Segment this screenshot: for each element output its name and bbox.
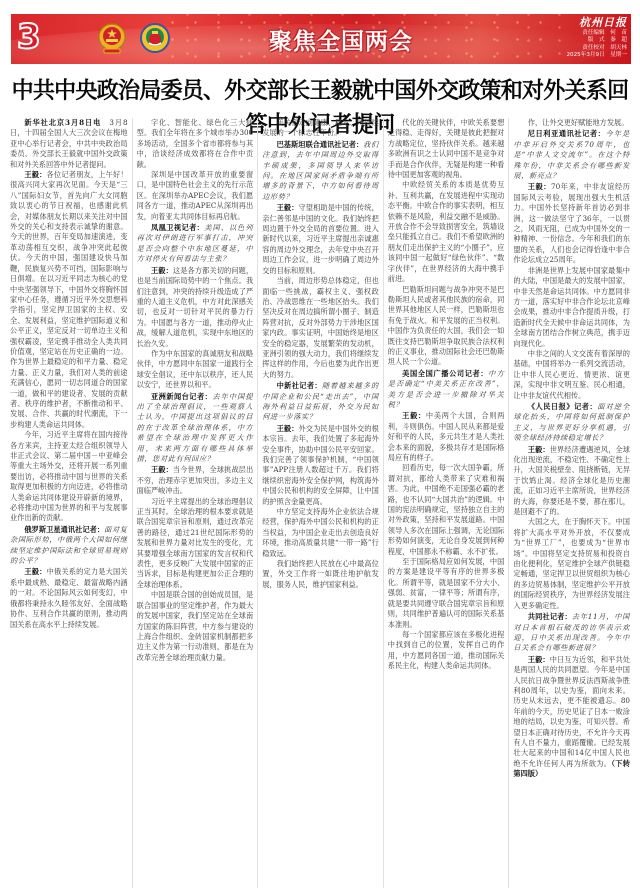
paragraph: 至于国际格局应如何发展，中国的方案是建设平等有序的世界多极化。所谓平等，就是国家… — [388, 557, 505, 630]
paragraph-text: 代化的关键伙伴，中欧关系要想走得稳、走得好，关键是彼此把握对方战略定位，坚持伙伴… — [388, 118, 505, 179]
reporter-question: 《人民日报》记者：面对逆全球化抬头，中国将如何抵制保护主义，与世界更好分享机遇，… — [513, 402, 630, 444]
paragraph: 王毅：外交为民是中国外交的根本宗旨。去年，我们处置了多起海外安全事件，协助中国公… — [262, 424, 379, 507]
issue-date: 2025年3月9日 星期一 — [549, 52, 627, 59]
paragraph-text: 回看历史，每一次大国争霸，所谓对抗，都给人类带来了灾难和祸害。为此，中国绝不走国… — [388, 463, 505, 555]
paragraph: 深圳是中国改革开放的重要窗口，是中国特色社会主义的先行示范区。在深圳举办APEC… — [137, 170, 254, 222]
paragraph-text: 美关系走向健康、稳定、可持续发展的一个标志性年份。 — [262, 118, 379, 137]
speaker-label: 王毅： — [277, 203, 299, 212]
section-title: 聚焦全国两会 — [269, 23, 413, 56]
speaker-label: 王毅： — [528, 445, 550, 454]
text-column: 字化、智能化、绿色化三大转型。我们全年将在多个城市举办300多场活动，全国多个省… — [132, 118, 258, 888]
paragraph: 中欧经贸关系的本质是优势互补、互利共赢，在发展进程中实现动态平衡。中欧合作的事实… — [388, 180, 505, 284]
paragraph-text: 守望相助是中国的传统，亲仁善邻是中国的文化。我们始终把周边置于外交全局的首要位置… — [262, 203, 379, 274]
paragraph: 作，让外交更好赋能地方发展。 — [513, 118, 630, 128]
reporter-name: 亚洲新闻台记者： — [151, 392, 212, 401]
paragraph-text: 中日互为近邻，和平共处是两国人民的共同愿望。今年是中国人民抗日战争暨世界反法西斯… — [513, 655, 630, 768]
reporter-name: 《人民日报》记者： — [528, 402, 597, 411]
speaker-label: 王毅： — [277, 424, 299, 433]
paragraph: 非洲是世界上发展中国家最集中的大陆，中国是最大的发展中国家，中非天然是命运共同体… — [513, 266, 630, 349]
speaker-label: 王毅： — [151, 266, 173, 275]
speaker-label: 王毅： — [528, 655, 550, 664]
text-column: 美关系走向健康、稳定、可持续发展的一个标志性年份。巴基斯坦联合通讯社记者：我们注… — [257, 118, 383, 888]
paragraph: 我们始终把人民放在心中最高位置，外交工作将一如既往地护航发展，服务人民，维护国家… — [262, 559, 379, 590]
reporter-question: 凤凰卫视记者：美国、以色列再次对伊朗进行军事打击，冲突是否会向整个中东地区蔓延，… — [137, 223, 254, 265]
paragraph: 习近平主席提出的全球治理倡议正当其时。全球治理的根本要求就是联合国宪章宗旨和原则… — [137, 497, 254, 591]
reporter-question: 巴基斯坦联合通讯社记者：我们注意到，去年中国周边外交取得丰硕成果，多国领导人来华… — [262, 140, 379, 202]
paragraph-text: 非洲是世界上发展中国家最集中的大陆，中国是最大的发展中国家，中非天然是命运共同体… — [513, 266, 630, 348]
text-column: 作，让外交更好赋能地方发展。尼日利亚通讯社记者：今年是中非开启外交关系70周年，… — [508, 118, 634, 888]
paragraph-text: 当前，周边形势总体稳定，但也面临一些挑战，霸权主义、强权政治、冷战思维在一些地区… — [262, 276, 379, 379]
paragraph-text: 巴勒斯坦问题与战争冲突不是巴勒斯坦人民或者其他民族的宿命，同世界其他地区人民一样… — [388, 285, 505, 367]
paragraph-text: 每一个国家都应该在多极化进程中找到自己的位置，发挥自己的作用，中方愿同各国一道，… — [388, 630, 505, 670]
dateline: 新华社北京3月8日电 — [24, 118, 101, 127]
reporter-question: 美国全国广播公司记者：中方是否确定“中美关系正在改善”，美方是否会进一步撤除对华… — [388, 369, 505, 411]
paragraph: 王毅：世界经济遭遇逆风，全球化出现逆流，不稳定性、不确定性上升，大国关税壁垒、阻… — [513, 445, 630, 518]
newspaper-logo: 杭州日报 — [549, 16, 627, 30]
reporter-question: 中新社记者：随着越来越多的中国企业和公民“走出去”，中国海外利益日益拓展，外交为… — [262, 381, 379, 423]
paragraph: 王毅：70年来，中非友谊经历国际风云考验，展现出强大生机活力。中国外长坚持新年首… — [513, 182, 630, 265]
paragraph: 每一个国家都应该在多极化进程中找到自己的位置，发挥自己的作用，中方愿同各国一道，… — [388, 630, 505, 672]
paragraph-text: 外交为民是中国外交的根本宗旨。去年，我们处置了多起海外安全事件，协助中国公民平安… — [262, 424, 379, 506]
reporter-name: 尼日利亚通讯社记者： — [528, 129, 606, 138]
reporter-name: 中新社记者： — [277, 381, 322, 390]
paragraph: 美关系走向健康、稳定、可持续发展的一个标志性年份。 — [262, 118, 379, 139]
paragraph: 中方坚定支持海外企业依法合规经营，保护海外中国公民和机构的正当权益，为中国企业走… — [262, 507, 379, 559]
reporter-question: 尼日利亚通讯社记者：今年是中非开启外交关系70周年，也是“中非人文交流年”。在这… — [513, 129, 630, 181]
paragraph-text: 中欧经贸关系的本质是优势互补、互利共赢，在发展进程中实现动态平衡。中欧合作的事实… — [388, 180, 505, 283]
paragraph-text: 大国之大，在于胸怀天下。中国将扩大高水平对外开放，不仅要成为“世界工厂”，也要成… — [513, 517, 630, 609]
national-emblem-icon — [96, 21, 128, 57]
paragraph-text: 作，让外交更好赋能地方发展。 — [528, 118, 629, 127]
layout-line: 版 式 秦 超 — [549, 37, 627, 44]
paragraph-text: 习近平主席提出的全球治理倡议正当其时。全球治理的根本要求就是联合国宪章宗旨和原则… — [137, 497, 254, 589]
paragraph: 新华社北京3月8日电 3月8日，十四届全国人大三次会议在梅地亚中心举行记者会，中… — [10, 118, 128, 170]
paragraph: 王毅：这是各方都关切的问题，也是当前国际局势中的一个焦点。我们注意到，冲突的持续… — [137, 266, 254, 349]
paragraph-text: 中国是联合国的创始成员国，是联合国事业的坚定维护者，作为最大的发展中国家，我们坚… — [137, 590, 254, 661]
paragraph-text: 至于国际格局应如何发展，中国的方案是建设平等有序的世界多极化。所谓平等，就是国家… — [388, 557, 505, 628]
paragraph: 王毅：中日互为近邻，和平共处是两国人民的共同愿望。今年是中国人民抗日战争暨世界反… — [513, 655, 630, 780]
reporter-question: 俄罗斯卫星通讯社记者：面对复杂国际形势，中俄两个大国如何继续坚定维护国际法和全球… — [10, 525, 128, 567]
section-banner: 3 聚焦全国两会 杭州日报 责任编辑 何 苗 版 式 秦 超 责任校对 胡天林 … — [11, 14, 631, 64]
speaker-label: 王毅： — [24, 170, 46, 179]
page-number: 3 — [17, 17, 41, 57]
paragraph-text: 中俄关系的定力是大国关系中最成熟、最稳定、最富战略内涵的一对。不论国际风云如何变… — [10, 567, 128, 628]
reporter-name: 凤凰卫视记者： — [151, 223, 204, 232]
reporter-name: 巴基斯坦联合通讯社记者： — [277, 140, 364, 149]
paragraph: 巴勒斯坦问题与战争冲突不是巴勒斯坦人民或者其他民族的宿命，同世界其他地区人民一样… — [388, 285, 505, 368]
masthead: 杭州日报 责任编辑 何 苗 版 式 秦 超 责任校对 胡天林 2025年3月9日… — [549, 16, 627, 60]
speaker-label: 王毅： — [402, 411, 426, 420]
reporter-question: 亚洲新闻台记者：去年中国提出了全球治理倡议，一些观察人士认为，中国提出这项倡议的… — [137, 392, 254, 465]
paragraph: 大国之大，在于胸怀天下。中国将扩大高水平对外开放，不仅要成为“世界工厂”，也要成… — [513, 517, 630, 611]
reporter-name: 共同社记者： — [528, 612, 572, 621]
speaker-label: 王毅： — [151, 465, 173, 474]
paragraph: 王毅：中俄关系的定力是大国关系中最成熟、最稳定、最富战略内涵的一对。不论国际风云… — [10, 567, 128, 629]
paragraph-text: 今年，习近平主席将在国内接待各方来宾，主持亚太经合组织领导人非正式会议、第二届中… — [10, 430, 128, 522]
paragraph-text: 世界经济遭遇逆风，全球化出现逆流，不稳定性、不确定性上升，大国关税壁垒、阻挠断链… — [513, 445, 630, 516]
paragraph-text: 我们始终把人民放在心中最高位置，外交工作将一如既往地护航发展，服务人民，维护国家… — [262, 559, 379, 589]
paragraph: 王毅：中美两个大国，合则两利，斗则俱伤。中国人民从来都是爱好和平的人民，多元共生… — [388, 411, 505, 463]
paragraph: 王毅：各位记者朋友，上午好！很高兴同大家再次见面。今天是“三八”国际妇女节，首先… — [10, 170, 128, 430]
paragraph: 作为中东国家的真诚朋友和战略伙伴，中方愿同中东国家一道践行全球安全倡议，还中东以… — [137, 349, 254, 391]
newspaper-page: 3 聚焦全国两会 杭州日报 责任编辑 何 苗 版 式 秦 超 责任校对 胡天林 … — [0, 0, 640, 896]
paragraph: 回看历史，每一次大国争霸，所谓对抗，都给人类带来了灾难和祸害。为此，中国绝不走国… — [388, 463, 505, 557]
article-body: 新华社北京3月8日电 3月8日，十四届全国人大三次会议在梅地亚中心举行记者会，中… — [6, 118, 634, 888]
paragraph-text: 深圳是中国改革开放的重要窗口，是中国特色社会主义的先行示范区。在深圳举办APEC… — [137, 170, 254, 221]
paragraph-text: 中方坚定支持海外企业依法合规经营，保护海外中国公民和机构的正当权益，为中国企业走… — [262, 507, 379, 558]
paragraph: 字化、智能化、绿色化三大转型。我们全年将在多个城市举办300多场活动，全国多个省… — [137, 118, 254, 170]
reporter-name: 美国全国广播公司记者： — [402, 369, 488, 378]
text-column: 代化的关键伙伴，中欧关系要想走得稳、走得好，关键是彼此把握对方战略定位，坚持伙伴… — [383, 118, 509, 888]
paragraph-text: 这是各方都关切的问题，也是当前国际局势中的一个焦点。我们注意到，冲突的持续升级造… — [137, 266, 254, 348]
reporter-question: 共同社记者：去年11月，中国对日本首相石破茂的访华表示欢迎，日中关系出现改善。今… — [513, 612, 630, 654]
paragraph-text: 70年来，中非友谊经历国际风云考验，展现出强大生机活力。中国外长坚持新年首访必到… — [513, 182, 630, 264]
text-column: 新华社北京3月8日电 3月8日，十四届全国人大三次会议在梅地亚中心举行记者会，中… — [6, 118, 132, 888]
paragraph-text: 各位记者朋友，上午好！很高兴同大家再次见面。今天是“三八”国际妇女节，首先向广大… — [10, 170, 128, 429]
question-text: 去年中国提出了全球治理倡议，一些观察人士认为，中国提出这项倡议的目的在于改革全球… — [137, 392, 254, 463]
reporter-name: 俄罗斯卫星通讯社记者： — [24, 525, 104, 534]
paragraph: 中非之间的人文交流有着深厚的基础，中国将举办一系列交流活动，让中非人民心更近、情… — [513, 349, 630, 401]
paragraph-text: 中非之间的人文交流有着深厚的基础，中国将举办一系列交流活动，让中非人民心更近、情… — [513, 349, 630, 400]
paragraph-text: 字化、智能化、绿色化三大转型。我们全年将在多个城市举办300多场活动，全国多个省… — [137, 118, 254, 169]
paragraph: 代化的关键伙伴，中欧关系要想走得稳、走得好，关键是彼此把握对方战略定位，坚持伙伴… — [388, 118, 505, 180]
paragraph: 今年，习近平主席将在国内接待各方来宾，主持亚太经合组织领导人非正式会议、第二届中… — [10, 430, 128, 524]
paragraph: 当前，周边形势总体稳定，但也面临一些挑战，霸权主义、强权政治、冷战思维在一些地区… — [262, 276, 379, 380]
speaker-label: 王毅： — [528, 182, 551, 191]
paragraph-text: 作为中东国家的真诚朋友和战略伙伴，中方愿同中东国家一道践行全球安全倡议，还中东以… — [137, 349, 254, 389]
cppcc-emblem-icon — [139, 21, 171, 57]
paragraph: 王毅：当今世界，全球挑战层出不穷，治理赤字更加突出，多边主义面临严峻冲击。 — [137, 465, 254, 496]
speaker-label: 王毅： — [24, 567, 46, 576]
paragraph: 王毅：守望相助是中国的传统，亲仁善邻是中国的文化。我们始终把周边置于外交全局的首… — [262, 203, 379, 276]
paragraph: 中国是联合国的创始成员国，是联合国事业的坚定维护者，作为最大的发展中国家，我们坚… — [137, 590, 254, 663]
